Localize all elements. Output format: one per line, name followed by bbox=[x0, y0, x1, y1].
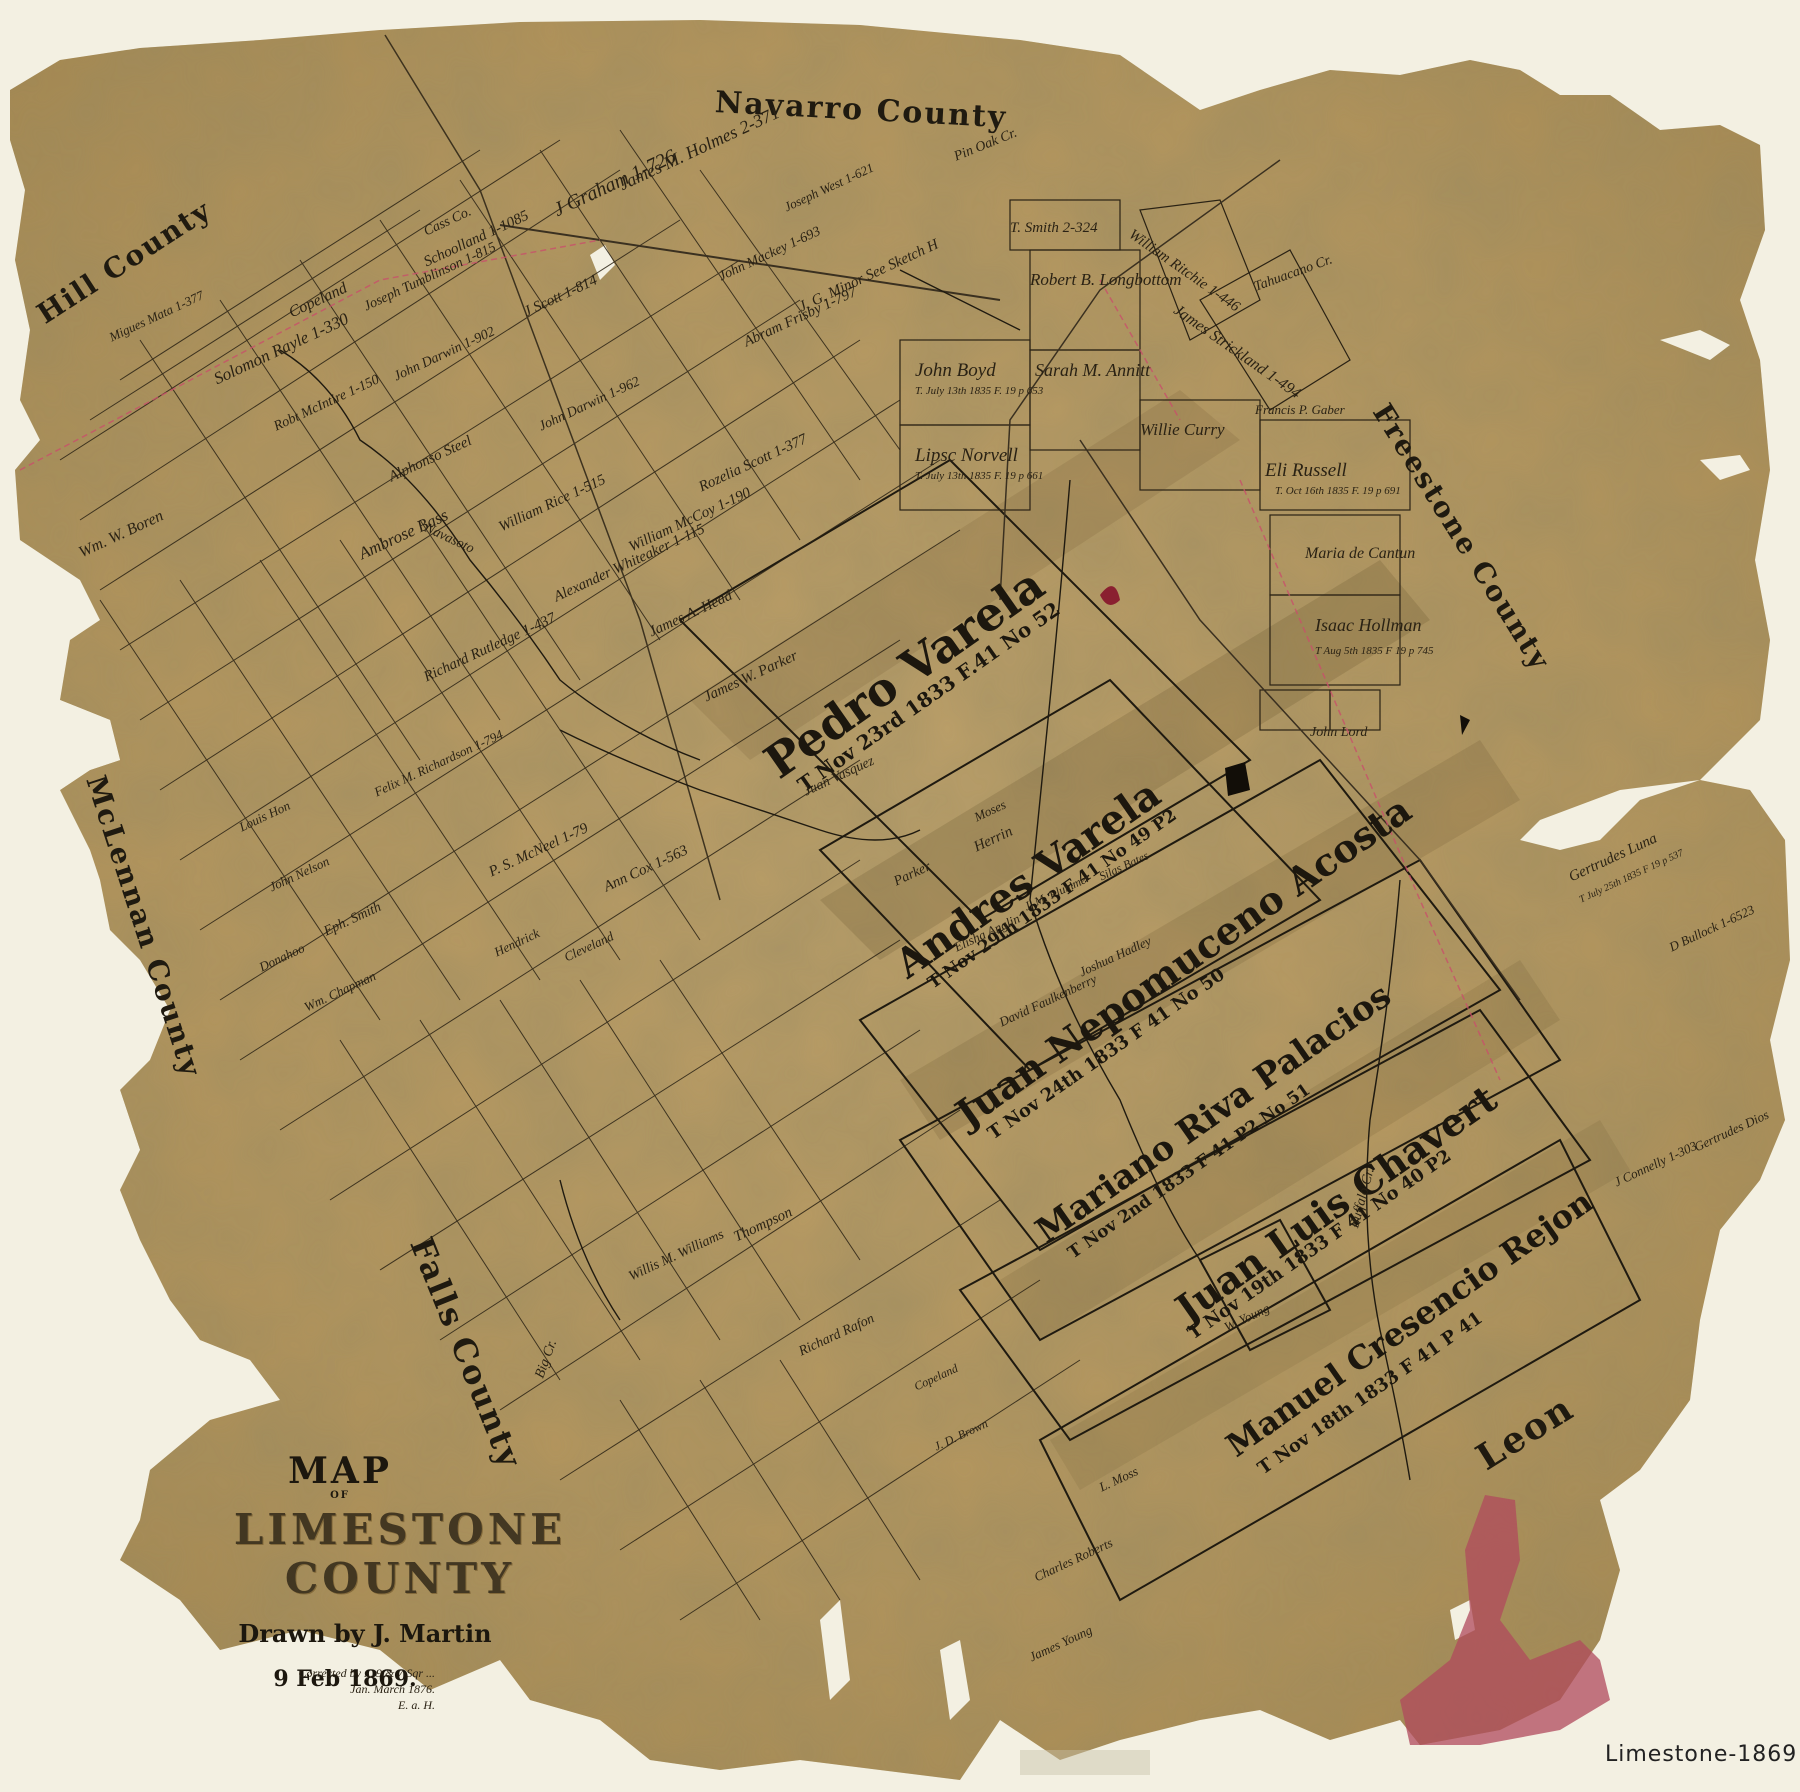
survey-label: Willie Curry bbox=[1140, 420, 1225, 440]
catalog-note: Limestone-1869 bbox=[1605, 1742, 1797, 1767]
correction-line-3: E. a. H. bbox=[235, 1697, 435, 1713]
correction-note: Corrected by ... 9 & 7 Sqr ... Jan. Marc… bbox=[235, 1665, 435, 1713]
survey-label: Robert B. Longbottom bbox=[1030, 270, 1182, 290]
drawn-by: Drawn by J. Martin bbox=[50, 1619, 680, 1648]
map-title-block: MAP OF LIMESTONE COUNTY Drawn by J. Mart… bbox=[120, 1450, 680, 1692]
title-map: MAP bbox=[0, 1450, 680, 1492]
survey-label: T Aug 5th 1835 F 19 p 745 bbox=[1315, 645, 1433, 657]
correction-line-1: Corrected by ... 9 & 7 Sqr ... bbox=[235, 1665, 435, 1681]
survey-label: T. July 13th 1835 F. 19 p 661 bbox=[915, 470, 1043, 482]
title-of: OF bbox=[0, 1490, 680, 1501]
survey-label: Isaac Hollman bbox=[1315, 615, 1422, 636]
survey-label: Sarah M. Annitt bbox=[1035, 360, 1150, 381]
survey-label: John Boyd bbox=[915, 360, 996, 382]
correction-line-2: Jan. March 1876. bbox=[235, 1681, 435, 1697]
survey-label: Lipsc Norvell bbox=[915, 445, 1018, 467]
survey-label: Eli Russell bbox=[1265, 460, 1347, 482]
survey-label: Francis P. Gaber bbox=[1255, 402, 1345, 418]
survey-label: John Lord bbox=[1310, 725, 1367, 741]
survey-label: T. Oct 16th 1835 F. 19 p 691 bbox=[1275, 485, 1401, 497]
faint-stamp bbox=[1020, 1750, 1150, 1775]
title-county: LIMESTONE COUNTY bbox=[120, 1505, 680, 1603]
survey-label: Maria de Cantun bbox=[1305, 545, 1415, 563]
survey-label: T. Smith 2-324 bbox=[1010, 220, 1098, 237]
survey-label: T. July 13th 1835 F. 19 p 653 bbox=[915, 385, 1043, 397]
